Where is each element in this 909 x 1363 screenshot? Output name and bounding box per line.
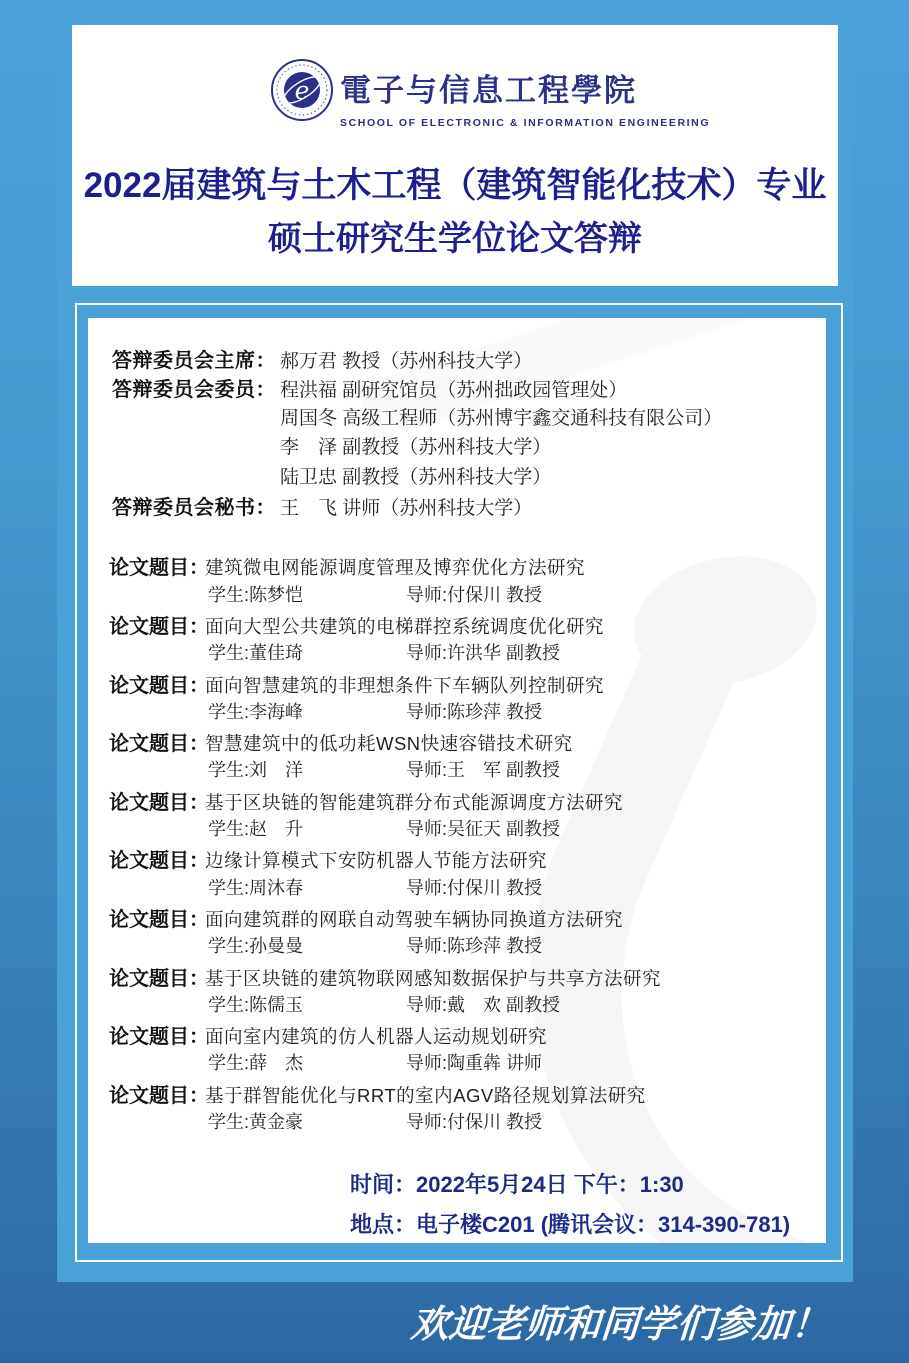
thesis-student: 学生:刘 洋	[208, 756, 406, 782]
committee-member-value: 陆卫忠 副教授（苏州科技大学）	[280, 462, 551, 489]
committee-members-label: 答辩委员会委员：	[112, 373, 280, 402]
svg-text:e: e	[295, 76, 310, 105]
thesis-title: 面向智慧建筑的非理想条件下车辆队列控制研究	[205, 672, 604, 698]
thesis-item: 论文题目： 基于区块链的智能建筑群分布式能源调度方法研究 学生:赵 升 导师:吴…	[88, 786, 826, 845]
committee-section: 答辩委员会主席： 郝万君 教授（苏州科技大学） 答辩委员会委员： 程洪福 副研究…	[88, 318, 826, 520]
thesis-defense-poster: { "colors": { "background_top": "#4AA2D8…	[0, 0, 909, 1363]
thesis-student: 学生:薛 杰	[208, 1049, 406, 1075]
thesis-student: 学生:董佳琦	[208, 639, 406, 665]
thesis-title-label: 论文题目：	[109, 903, 205, 932]
thesis-student: 学生:陈儒玉	[208, 991, 406, 1017]
thesis-student: 学生:孙曼曼	[208, 932, 406, 958]
committee-member-row: 周国冬 高级工程师（苏州博宇鑫交通科技有限公司）	[88, 403, 826, 432]
content-card: 答辩委员会主席： 郝万君 教授（苏州科技大学） 答辩委员会委员： 程洪福 副研究…	[88, 318, 826, 1243]
committee-member-value: 程洪福 副研究馆员（苏州拙政园管理处）	[280, 375, 627, 402]
thesis-title-label: 论文题目：	[109, 610, 205, 639]
thesis-title-label: 论文题目：	[109, 1079, 205, 1108]
thesis-title: 面向建筑群的网联自动驾驶车辆协同换道方法研究	[205, 906, 623, 932]
school-name-english: SCHOOL OF ELECTRONIC & INFORMATION ENGIN…	[340, 117, 680, 129]
school-name-block: 電子与信息工程學院 SCHOOL OF ELECTRONIC & INFORMA…	[340, 65, 680, 129]
thesis-advisor: 导师:许洪华 副教授	[406, 639, 560, 665]
committee-secretary-row: 答辩委员会秘书： 王 飞 讲师（苏州科技大学）	[88, 491, 826, 520]
school-name-chinese: 電子与信息工程學院	[340, 65, 680, 110]
schedule-section: 时间：2022年5月24日 下午：1:30 地点：电子楼C201 (腾讯会议：3…	[88, 1165, 826, 1243]
thesis-advisor: 导师:陈珍萍 教授	[406, 698, 542, 724]
committee-secretary-value: 王 飞 讲师（苏州科技大学）	[280, 493, 532, 520]
thesis-item: 论文题目： 面向室内建筑的仿人机器人运动规划研究 学生:薛 杰 导师:陶重犇 讲…	[88, 1020, 826, 1079]
thesis-advisor: 导师:吴征天 副教授	[406, 815, 560, 841]
thesis-item: 论文题目： 基于群智能优化与RRT的室内AGV路径规划算法研究 学生:黄金豪 导…	[88, 1079, 826, 1138]
thesis-title: 基于区块链的建筑物联网感知数据保护与共享方法研究	[205, 965, 661, 991]
thesis-advisor: 导师:付保川 教授	[406, 581, 542, 607]
committee-chair-label: 答辩委员会主席：	[112, 344, 280, 373]
committee-chair-row: 答辩委员会主席： 郝万君 教授（苏州科技大学）	[88, 344, 826, 373]
thesis-title: 建筑微电网能源调度管理及博弈优化方法研究	[205, 554, 585, 580]
thesis-title-label: 论文题目：	[109, 1020, 205, 1049]
thesis-title-label: 论文题目：	[109, 962, 205, 991]
thesis-item: 论文题目： 面向建筑群的网联自动驾驶车辆协同换道方法研究 学生:孙曼曼 导师:陈…	[88, 903, 826, 962]
thesis-title: 面向大型公共建筑的电梯群控系统调度优化研究	[205, 613, 604, 639]
poster-title: 2022届建筑与土木工程（建筑智能化技术）专业 硕士研究生学位论文答辩	[72, 165, 838, 259]
committee-member-value: 周国冬 高级工程师（苏州博宇鑫交通科技有限公司）	[280, 403, 722, 430]
thesis-advisor: 导师:陶重犇 讲师	[406, 1049, 542, 1075]
thesis-advisor: 导师:付保川 教授	[406, 874, 542, 900]
header-card: e 電子与信息工程學院 SCHOOL OF ELECTRONIC & INFOR…	[72, 25, 838, 286]
thesis-advisor: 导师:王 军 副教授	[406, 756, 560, 782]
thesis-advisor: 导师:戴 欢 副教授	[406, 991, 560, 1017]
committee-chair-value: 郝万君 教授（苏州科技大学）	[280, 346, 532, 373]
committee-secretary-label: 答辩委员会秘书：	[112, 491, 280, 520]
poster-title-line1: 2022届建筑与土木工程（建筑智能化技术）专业	[72, 165, 838, 207]
welcome-message: 欢迎老师和同学们参加！	[378, 1293, 862, 1348]
committee-member-row: 陆卫忠 副教授（苏州科技大学）	[88, 462, 826, 491]
thesis-student: 学生:赵 升	[208, 815, 406, 841]
thesis-title-label: 论文题目：	[109, 551, 205, 580]
thesis-title-label: 论文题目：	[109, 669, 205, 698]
thesis-item: 论文题目： 边缘计算模式下安防机器人节能方法研究 学生:周沐春 导师:付保川 教…	[88, 844, 826, 903]
school-logo: e 電子与信息工程學院 SCHOOL OF ELECTRONIC & INFOR…	[72, 25, 838, 155]
poster-title-line2: 硕士研究生学位论文答辩	[72, 219, 838, 259]
thesis-item: 论文题目： 基于区块链的建筑物联网感知数据保护与共享方法研究 学生:陈儒玉 导师…	[88, 962, 826, 1021]
thesis-item: 论文题目： 建筑微电网能源调度管理及博弈优化方法研究 学生:陈梦恺 导师:付保川…	[88, 551, 826, 610]
thesis-student: 学生:黄金豪	[208, 1108, 406, 1134]
committee-member-value: 李 泽 副教授（苏州科技大学）	[280, 432, 551, 459]
thesis-title-label: 论文题目：	[109, 727, 205, 756]
thesis-title: 面向室内建筑的仿人机器人运动规划研究	[205, 1023, 547, 1049]
thesis-title-label: 论文题目：	[109, 786, 205, 815]
thesis-item: 论文题目： 面向大型公共建筑的电梯群控系统调度优化研究 学生:董佳琦 导师:许洪…	[88, 610, 826, 669]
defense-location: 地点：电子楼C201 (腾讯会议：314-390-781)	[350, 1205, 826, 1243]
thesis-title-label: 论文题目：	[109, 844, 205, 873]
committee-member-row: 答辩委员会委员： 程洪福 副研究馆员（苏州拙政园管理处）	[88, 373, 826, 402]
thesis-title: 智慧建筑中的低功耗WSN快速容错技术研究	[205, 730, 573, 756]
thesis-title: 边缘计算模式下安防机器人节能方法研究	[205, 847, 547, 873]
committee-member-row: 李 泽 副教授（苏州科技大学）	[88, 432, 826, 461]
thesis-advisor: 导师:付保川 教授	[406, 1108, 542, 1134]
thesis-advisor: 导师:陈珍萍 教授	[406, 932, 542, 958]
thesis-item: 论文题目： 面向智慧建筑的非理想条件下车辆队列控制研究 学生:李海峰 导师:陈珍…	[88, 669, 826, 728]
thesis-title: 基于群智能优化与RRT的室内AGV路径规划算法研究	[205, 1082, 646, 1108]
thesis-student: 学生:陈梦恺	[208, 581, 406, 607]
school-emblem-icon: e	[270, 58, 334, 122]
theses-section: 论文题目： 建筑微电网能源调度管理及博弈优化方法研究 学生:陈梦恺 导师:付保川…	[88, 551, 826, 1137]
thesis-student: 学生:周沐春	[208, 874, 406, 900]
defense-time: 时间：2022年5月24日 下午：1:30	[350, 1165, 826, 1205]
thesis-student: 学生:李海峰	[208, 698, 406, 724]
thesis-item: 论文题目： 智慧建筑中的低功耗WSN快速容错技术研究 学生:刘 洋 导师:王 军…	[88, 727, 826, 786]
thesis-title: 基于区块链的智能建筑群分布式能源调度方法研究	[205, 789, 623, 815]
